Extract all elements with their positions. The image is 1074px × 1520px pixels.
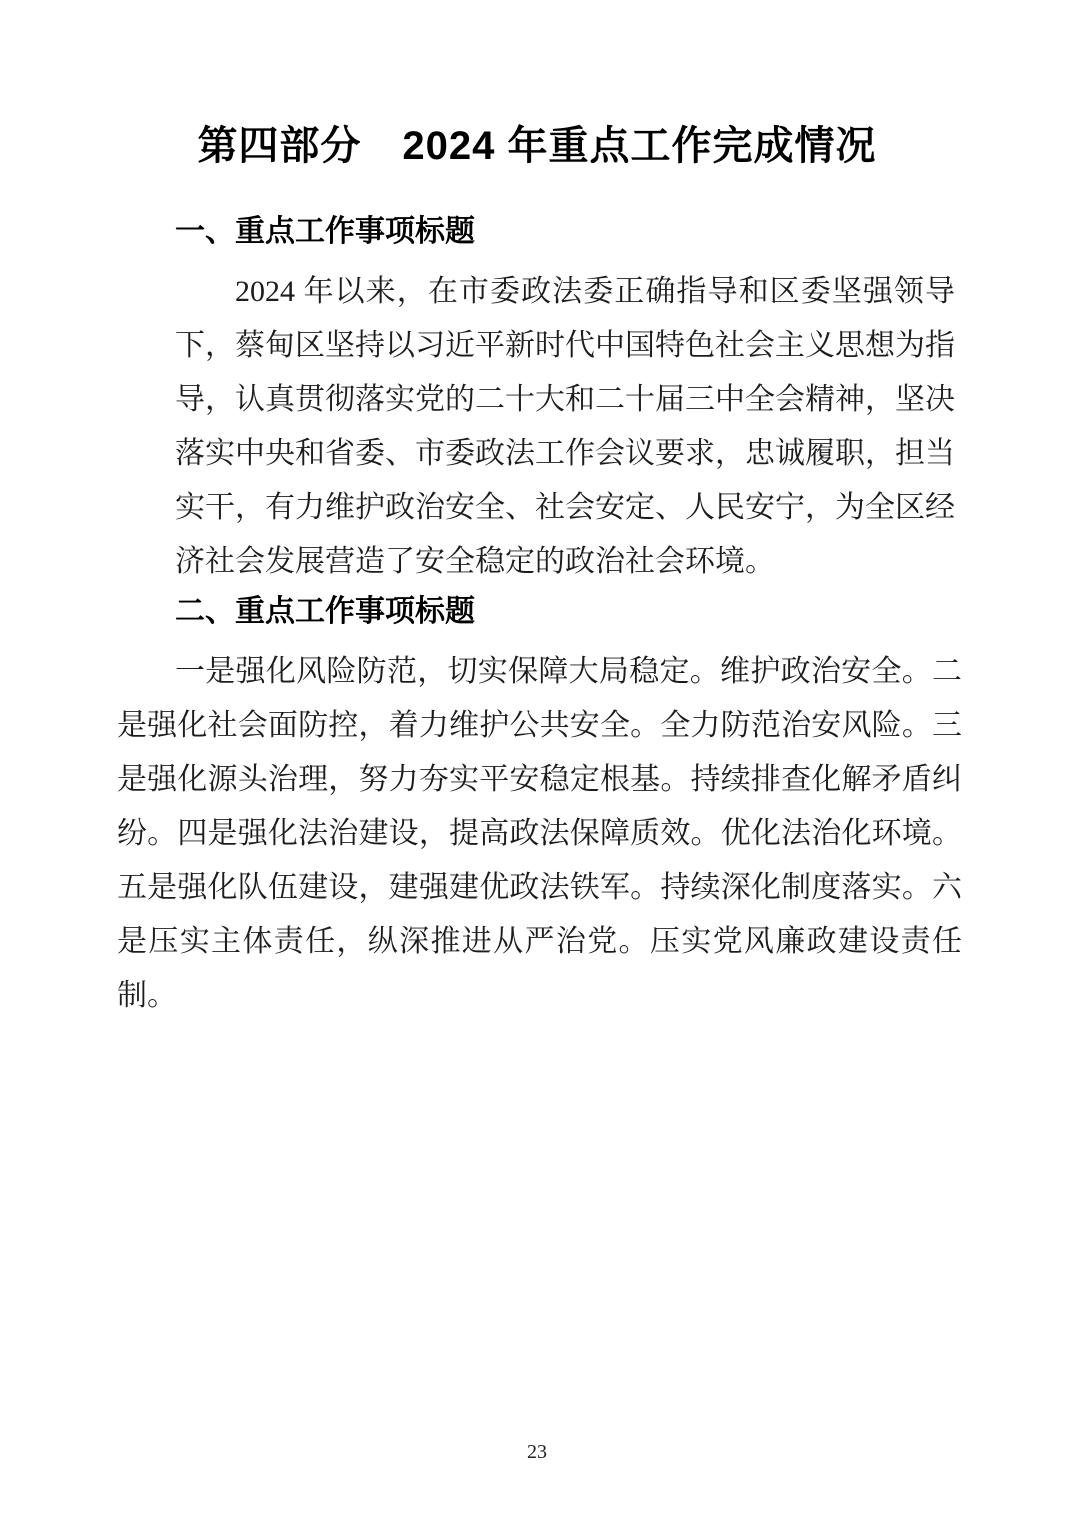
document-title: 第四部分 2024 年重点工作完成情况 bbox=[0, 121, 1074, 171]
document-page: 第四部分 2024 年重点工作完成情况 一、重点工作事项标题 2024 年以来，… bbox=[0, 0, 1074, 1520]
section-2-paragraph: 一是强化风险防范，切实保障大局稳定。维护政治安全。二是强化社会面防控，着力维护公… bbox=[117, 645, 962, 1023]
page-number: 23 bbox=[0, 1441, 1074, 1463]
section-2-heading: 二、重点工作事项标题 bbox=[175, 592, 1074, 632]
section-1-paragraph: 2024 年以来，在市委政法委正确指导和区委坚强领导下，蔡甸区坚持以习近平新时代… bbox=[175, 265, 955, 589]
section-1-heading: 一、重点工作事项标题 bbox=[175, 212, 1074, 252]
